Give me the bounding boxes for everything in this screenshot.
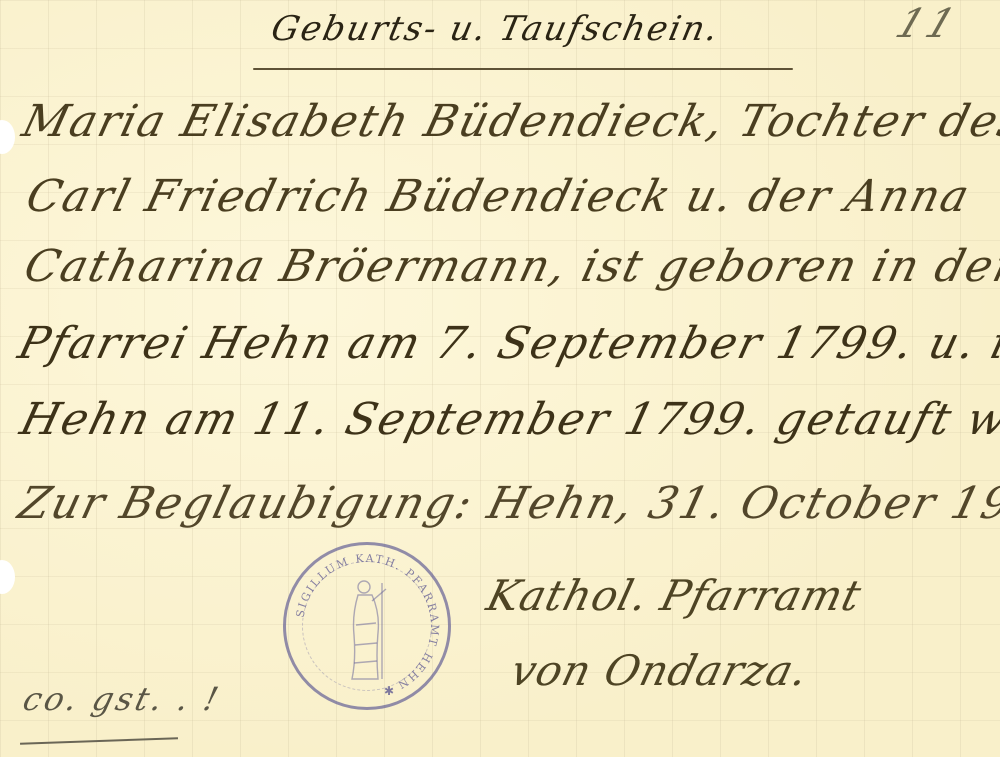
margin-note: co. gst. . ! bbox=[20, 683, 224, 715]
signature-name: von Ondarza. bbox=[507, 650, 813, 692]
parish-seal: SIGILLUM KATH. PFARRAMT HEHN ✱ bbox=[283, 542, 451, 710]
body-line-1: Maria Elisabeth Büdendieck, Tochter des bbox=[18, 100, 1000, 144]
certificate-page: Geburts- u. Taufschein. 11 Maria Elisabe… bbox=[0, 0, 1000, 757]
document-title: Geburts- u. Taufschein. bbox=[268, 12, 722, 46]
signature-office: Kathol. Pfarramt bbox=[483, 575, 866, 617]
svg-text:✱: ✱ bbox=[384, 684, 394, 698]
body-line-3: Catharina Bröermann, ist geboren in der bbox=[20, 245, 1000, 289]
attestation-line: Zur Beglaubigung: Hehn, 31. October 1936… bbox=[14, 482, 1000, 526]
punch-hole-bottom bbox=[0, 560, 15, 594]
body-line-2: Carl Friedrich Büdendieck u. der Anna bbox=[22, 175, 975, 219]
punch-hole-top bbox=[0, 120, 15, 154]
saint-figure-icon bbox=[342, 575, 392, 685]
page-number: 11 bbox=[891, 4, 964, 44]
body-line-4: Pfarrei Hehn am 7. September 1799. u. in bbox=[14, 322, 1000, 366]
title-underline bbox=[253, 68, 793, 70]
body-line-5: Hehn am 11. September 1799. getauft word… bbox=[16, 398, 1000, 442]
margin-note-underline bbox=[20, 737, 178, 744]
